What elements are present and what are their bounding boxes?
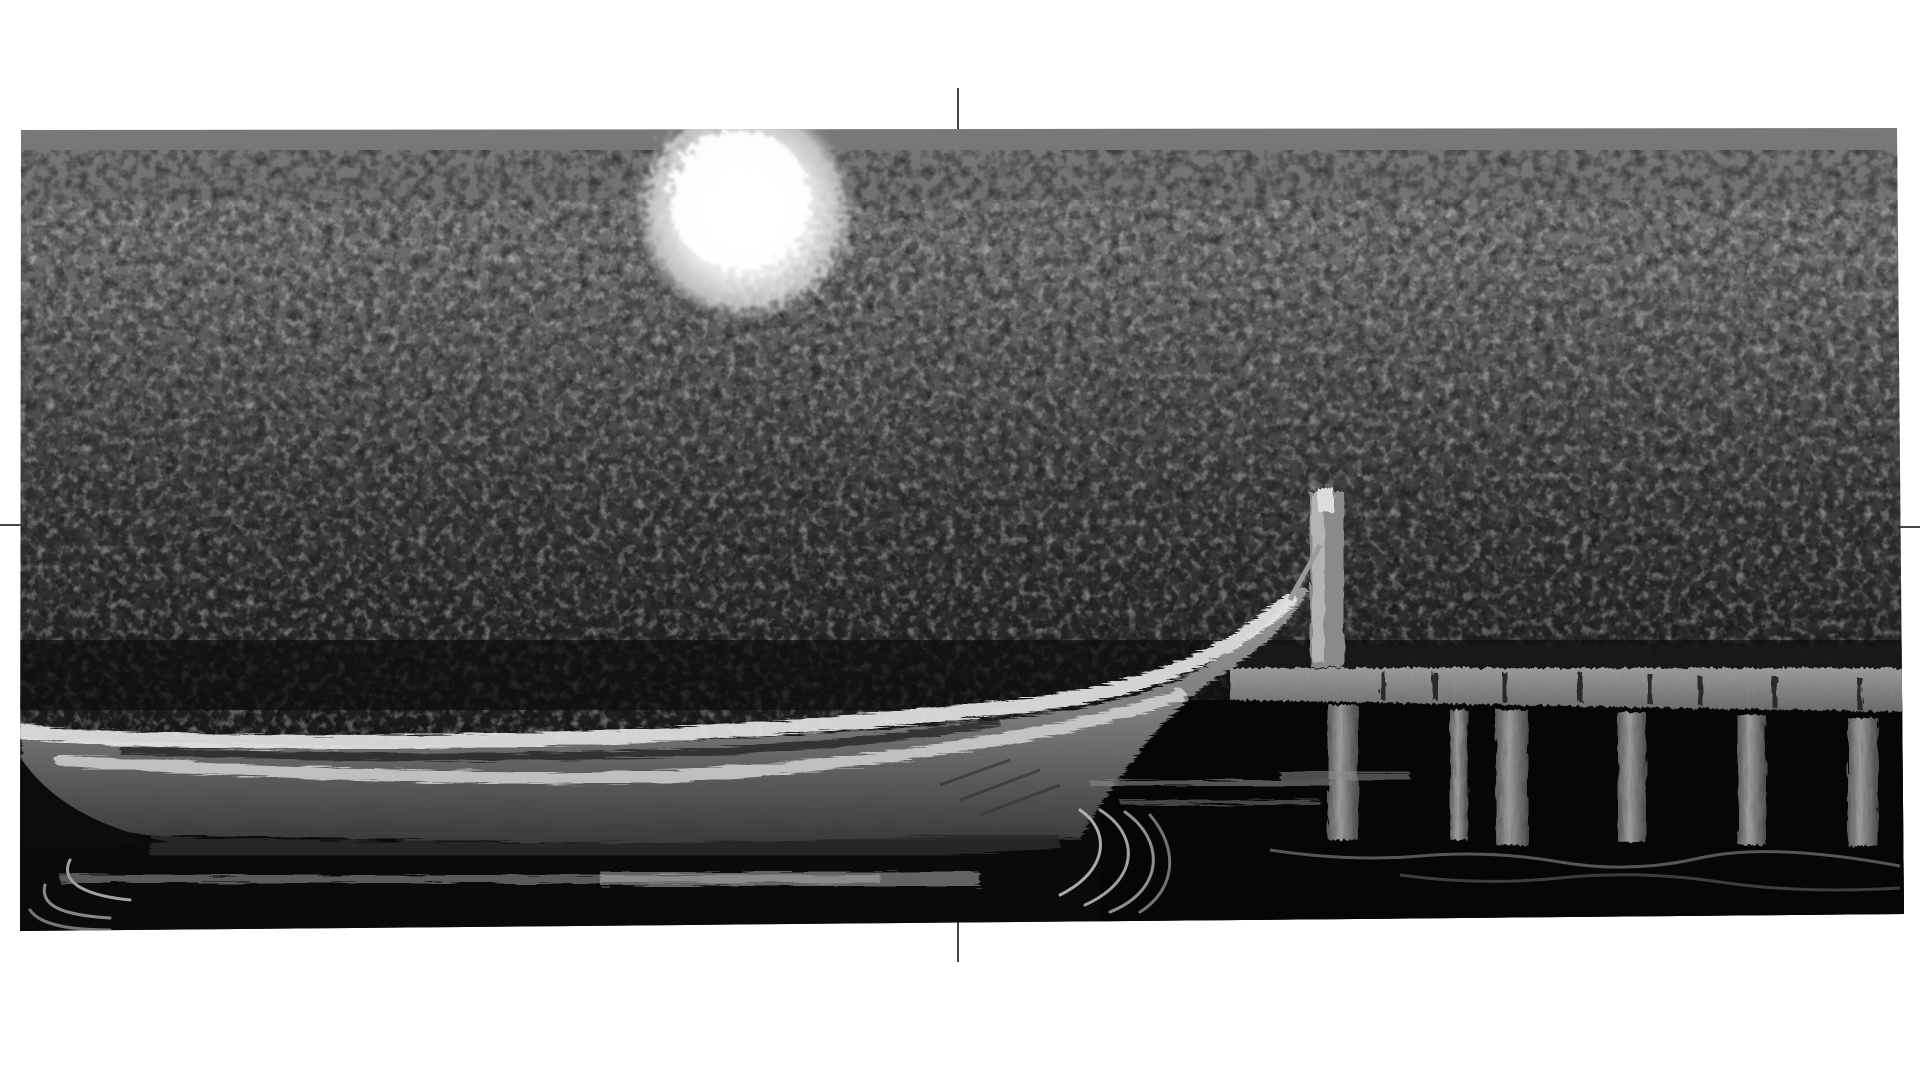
moon (633, 98, 857, 322)
artwork (0, 98, 1920, 940)
pier-post (1310, 488, 1344, 667)
piling (1496, 710, 1528, 845)
artwork-canvas (0, 0, 1920, 1080)
piling (1450, 710, 1468, 840)
piling (1848, 718, 1878, 846)
piling (1738, 715, 1766, 845)
piling (1618, 712, 1646, 842)
